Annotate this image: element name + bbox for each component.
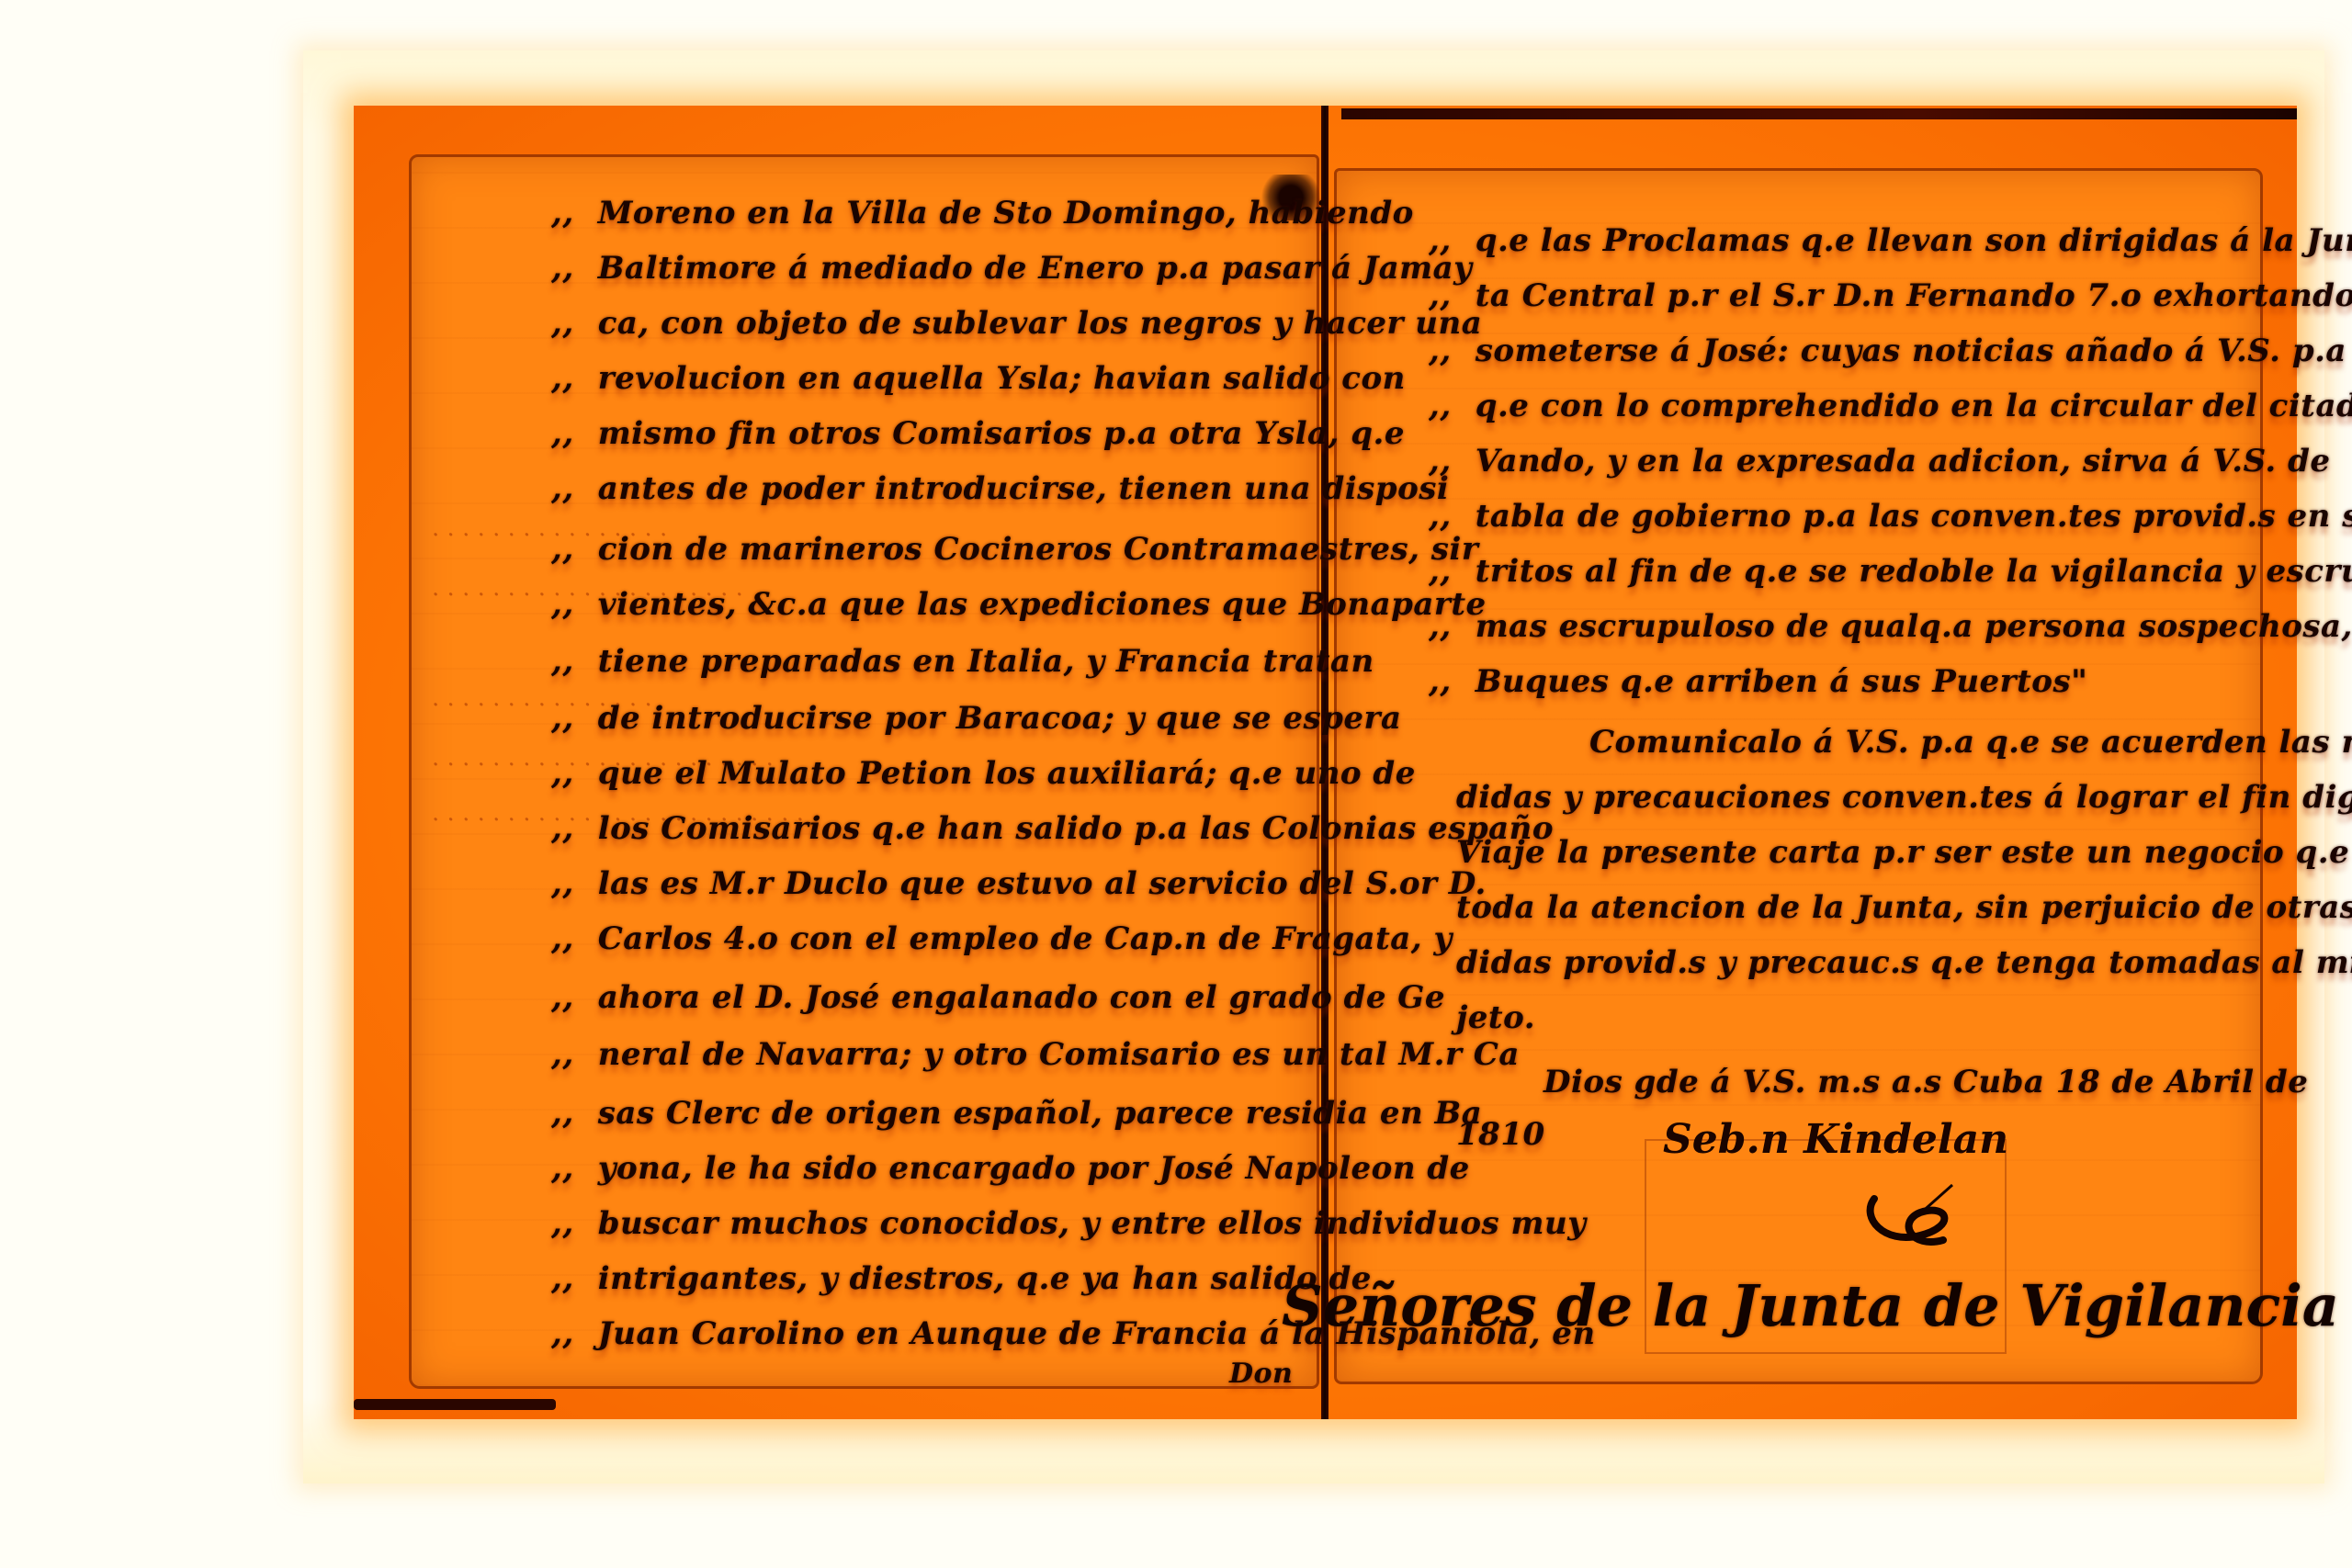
paragraph-line: didas y precauciones conven.tes á lograr… [1456,779,2352,816]
manuscript-line: ,,las es M.r Duclo que estuvo al servici… [551,865,1487,902]
paragraph-line: toda la atencion de la Junta, sin perjui… [1456,889,2352,926]
manuscript-line: ,,Carlos 4.o con el empleo de Cap.n de F… [551,920,1453,957]
paragraph-line: jeto. [1456,999,1535,1036]
addressee: Señores de la Junta de Vigilancia [1282,1272,2339,1339]
manuscript-line: ,,Baltimore á mediado de Enero p.a pasar… [551,250,1472,287]
manuscript-line: ,,q.e con lo comprehendido en la circula… [1429,388,2352,424]
manuscript-line: ,,someterse á José: cuyas noticias añado… [1429,333,2346,369]
date-year: 1810 [1456,1116,1545,1153]
scan-shadow-bottom [354,1399,556,1410]
manuscript-line: ,,mismo fin otros Comisarios p.a otra Ys… [551,415,1405,452]
closing-line: Dios gde á V.S. m.s a.s Cuba 18 de Abril… [1543,1064,2308,1100]
manuscript-line: ,,tritos al fin de q.e se redoble la vig… [1429,553,2352,590]
manuscript-line: ,,antes de poder introducirse, tienen un… [551,470,1449,507]
manuscript-line: ,,Moreno en la Villa de Sto Domingo, hab… [551,195,1414,231]
manuscript-line: ,,ca, con objeto de sublevar los negros … [551,305,1482,342]
paragraph-line: Comunicalo á V.S. p.a q.e se acuerden la… [1589,724,2352,761]
manuscript-line: ,,los Comisarios q.e han salido p.a las … [551,810,1554,847]
manuscript-line: ,,que el Mulato Petion los auxiliará; q.… [551,755,1416,792]
manuscript-line: ,,buscar muchos conocidos, y entre ellos… [551,1205,1587,1242]
paragraph-line: didas provid.s y precauc.s q.e tenga tom… [1456,944,2352,981]
rubric-flourish-icon [1856,1180,1975,1263]
manuscript-line: ,,ahora el D. José engalanado con el gra… [551,979,1445,1016]
manuscript-line: ,,de introducirse por Baracoa; y que se … [551,700,1402,737]
manuscript-line: ,,cion de marineros Cocineros Contramaes… [551,531,1478,568]
manuscript-line: ,,tabla de gobierno p.a las conven.tes p… [1429,498,2352,535]
paragraph-line: Viaje la presente carta p.r ser este un … [1456,834,2352,871]
manuscript-line: ,,vientes, &c.a que las expediciones que… [551,586,1487,623]
manuscript-line: ,,q.e las Proclamas q.e llevan son dirig… [1429,222,2352,259]
manuscript-line: ,,revolucion en aquella Ysla; havian sal… [551,360,1406,397]
scan-shadow-top [1341,108,2297,119]
manuscript-line: ,,intrigantes, y diestros, q.e ya han sa… [551,1260,1372,1297]
manuscript-line: ,,tiene preparadas en Italia, y Francia … [551,643,1374,680]
manuscript-line: ,,yona, le ha sido encargado por José Na… [551,1150,1470,1187]
signature: Seb.n Kindelan [1663,1116,2008,1163]
catchword: Don [1229,1358,1293,1390]
manuscript-line: ,,neral de Navarra; y otro Comisario es … [551,1036,1520,1073]
manuscript-line: ,,Vando, y en la expresada adicion, sirv… [1429,443,2330,479]
manuscript-line: ,,mas escrupuloso de qualq.a persona sos… [1429,608,2352,645]
manuscript-line: ,,ta Central p.r el S.r D.n Fernando 7.o… [1429,277,2352,314]
manuscript-line: ,,sas Clerc de origen español, parece re… [551,1095,1482,1132]
manuscript-line: ,,Buques q.e arriben á sus Puertos" [1429,663,2087,700]
